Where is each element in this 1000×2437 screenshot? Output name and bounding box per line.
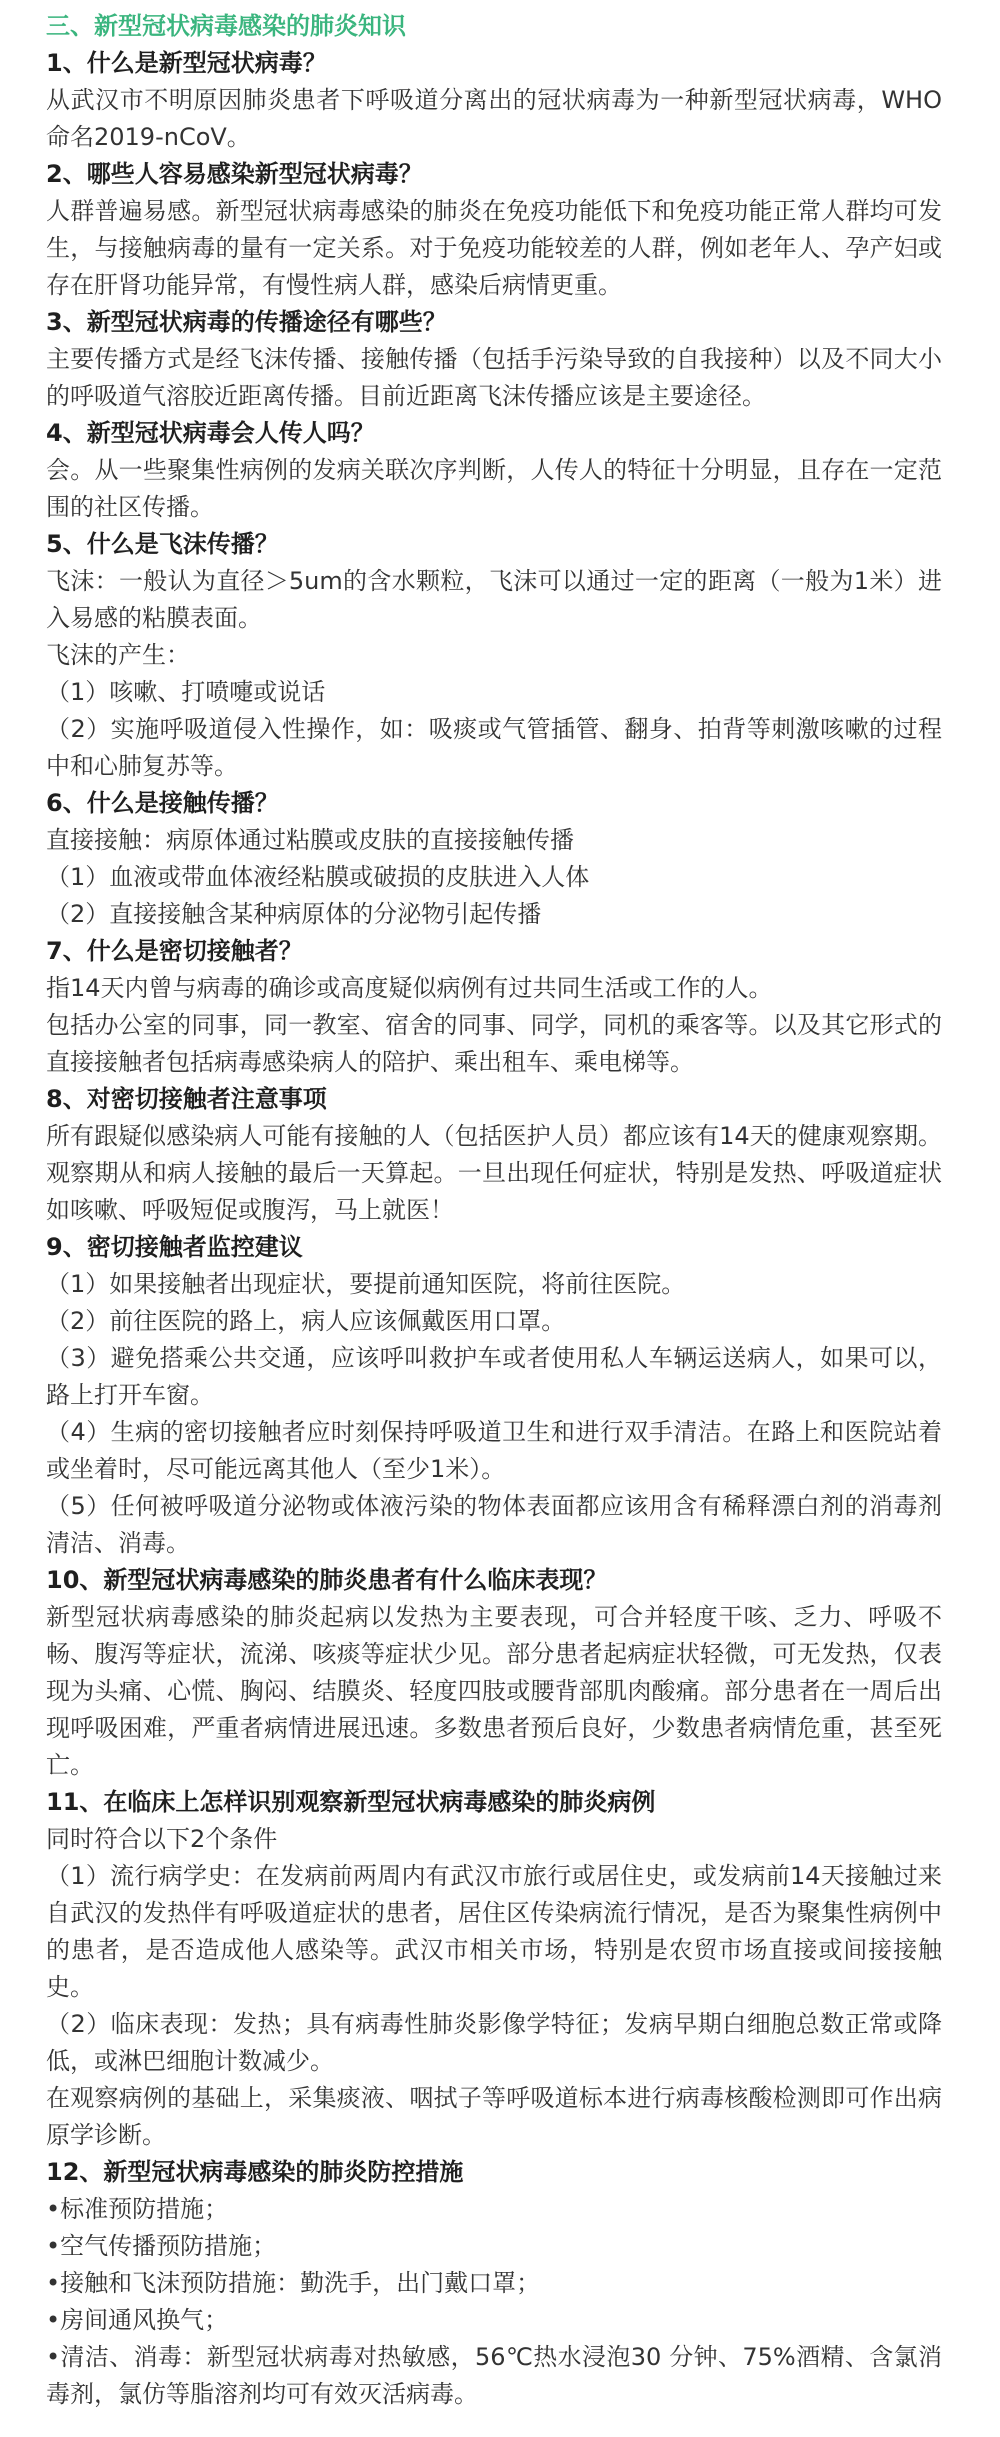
section-paragraph: 飞沫：一般认为直径＞5um的含水颗粒，飞沫可以通过一定的距离（一般为1米）进入易… bbox=[46, 563, 942, 637]
section-heading: 3、新型冠状病毒的传播途径有哪些？ bbox=[46, 304, 942, 341]
section-paragraph: （1）血液或带血体液经粘膜或破损的皮肤进入人体 bbox=[46, 859, 942, 896]
section-paragraph: （1）如果接触者出现症状，要提前通知医院，将前往医院。 bbox=[46, 1266, 942, 1303]
article: 三、新型冠状病毒感染的肺炎知识 1、什么是新型冠状病毒？从武汉市不明原因肺炎患者… bbox=[0, 0, 1000, 2437]
section-paragraph: 新型冠状病毒感染的肺炎起病以发热为主要表现，可合并轻度干咳、乏力、呼吸不畅、腹泻… bbox=[46, 1599, 942, 1784]
page-title: 三、新型冠状病毒感染的肺炎知识 bbox=[46, 8, 942, 45]
section-paragraph: 人群普遍易感。新型冠状病毒感染的肺炎在免疫功能低下和免疫功能正常人群均可发生，与… bbox=[46, 193, 942, 304]
section-heading: 8、对密切接触者注意事项 bbox=[46, 1081, 942, 1118]
article-sections: 1、什么是新型冠状病毒？从武汉市不明原因肺炎患者下呼吸道分离出的冠状病毒为一种新… bbox=[46, 45, 942, 2413]
section-heading: 12、新型冠状病毒感染的肺炎防控措施 bbox=[46, 2154, 942, 2191]
section-paragraph: （2）临床表现：发热；具有病毒性肺炎影像学特征；发病早期白细胞总数正常或降低，或… bbox=[46, 2006, 942, 2080]
section-paragraph: （4）生病的密切接触者应时刻保持呼吸道卫生和进行双手清洁。在路上和医院站着或坐着… bbox=[46, 1414, 942, 1488]
section-paragraph: （5）任何被呼吸道分泌物或体液污染的物体表面都应该用含有稀释漂白剂的消毒剂清洁、… bbox=[46, 1488, 942, 1562]
section-heading: 2、哪些人容易感染新型冠状病毒？ bbox=[46, 156, 942, 193]
section-paragraph: •空气传播预防措施； bbox=[46, 2228, 942, 2265]
section-paragraph: 飞沫的产生： bbox=[46, 637, 942, 674]
section-paragraph: 直接接触：病原体通过粘膜或皮肤的直接接触传播 bbox=[46, 822, 942, 859]
section-paragraph: （2）实施呼吸道侵入性操作，如：吸痰或气管插管、翻身、拍背等刺激咳嗽的过程中和心… bbox=[46, 711, 942, 785]
section-paragraph: •接触和飞沫预防措施：勤洗手，出门戴口罩； bbox=[46, 2265, 942, 2302]
section-paragraph: 包括办公室的同事，同一教室、宿舍的同事、同学，同机的乘客等。以及其它形式的直接接… bbox=[46, 1007, 942, 1081]
section-heading: 9、密切接触者监控建议 bbox=[46, 1229, 942, 1266]
section-paragraph: 在观察病例的基础上，采集痰液、咽拭子等呼吸道标本进行病毒核酸检测即可作出病原学诊… bbox=[46, 2080, 942, 2154]
section-paragraph: （1）流行病学史：在发病前两周内有武汉市旅行或居住史，或发病前14天接触过来自武… bbox=[46, 1858, 942, 2006]
section-paragraph: 所有跟疑似感染病人可能有接触的人（包括医护人员）都应该有14天的健康观察期。观察… bbox=[46, 1118, 942, 1229]
section-heading: 4、新型冠状病毒会人传人吗？ bbox=[46, 415, 942, 452]
section-paragraph: 指14天内曾与病毒的确诊或高度疑似病例有过共同生活或工作的人。 bbox=[46, 970, 942, 1007]
section-paragraph: 从武汉市不明原因肺炎患者下呼吸道分离出的冠状病毒为一种新型冠状病毒，WHO命名2… bbox=[46, 82, 942, 156]
section-heading: 5、什么是飞沫传播？ bbox=[46, 526, 942, 563]
section-heading: 1、什么是新型冠状病毒？ bbox=[46, 45, 942, 82]
section-paragraph: •标准预防措施； bbox=[46, 2191, 942, 2228]
section-heading: 7、什么是密切接触者？ bbox=[46, 933, 942, 970]
section-heading: 10、新型冠状病毒感染的肺炎患者有什么临床表现？ bbox=[46, 1562, 942, 1599]
section-paragraph: （2）直接接触含某种病原体的分泌物引起传播 bbox=[46, 896, 942, 933]
section-paragraph: （2）前往医院的路上，病人应该佩戴医用口罩。 bbox=[46, 1303, 942, 1340]
section-paragraph: （1）咳嗽、打喷嚏或说话 bbox=[46, 674, 942, 711]
section-paragraph: •清洁、消毒：新型冠状病毒对热敏感，56℃热水浸泡30 分钟、75%酒精、含氯消… bbox=[46, 2339, 942, 2413]
section-paragraph: •房间通风换气； bbox=[46, 2302, 942, 2339]
section-paragraph: （3）避免搭乘公共交通，应该呼叫救护车或者使用私人车辆运送病人，如果可以，路上打… bbox=[46, 1340, 942, 1414]
section-heading: 11、在临床上怎样识别观察新型冠状病毒感染的肺炎病例 bbox=[46, 1784, 942, 1821]
section-paragraph: 同时符合以下2个条件 bbox=[46, 1821, 942, 1858]
section-paragraph: 主要传播方式是经飞沫传播、接触传播（包括手污染导致的自我接种）以及不同大小的呼吸… bbox=[46, 341, 942, 415]
section-heading: 6、什么是接触传播？ bbox=[46, 785, 942, 822]
section-paragraph: 会。从一些聚集性病例的发病关联次序判断，人传人的特征十分明显，且存在一定范围的社… bbox=[46, 452, 942, 526]
